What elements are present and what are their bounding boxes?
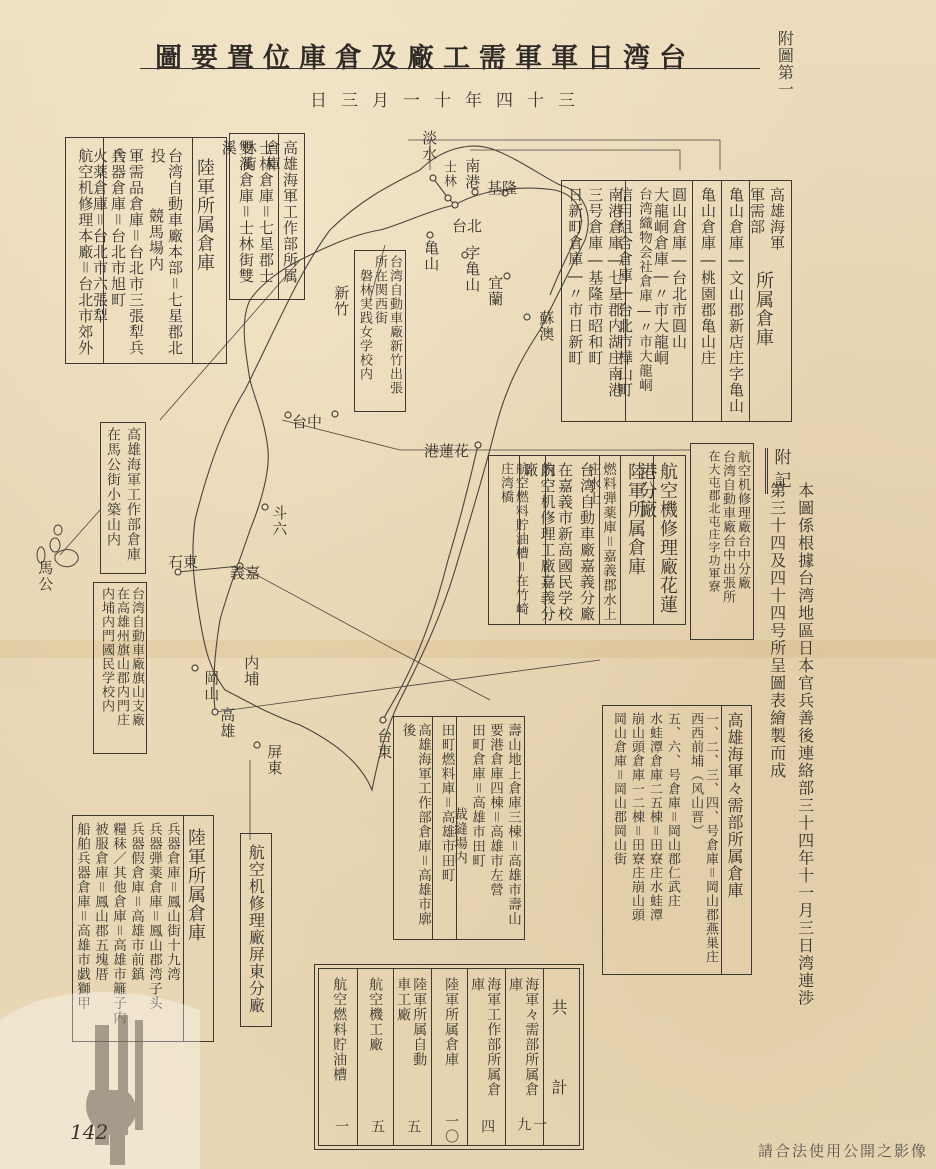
navy-north-line: 亀山倉庫―桃園郡亀山庄	[699, 187, 716, 366]
navy-north-heading: 高雄海軍	[768, 187, 785, 251]
army-taipei-line: 兵器倉庫＝台北市旭町	[109, 148, 126, 308]
totals-row-count: 一九	[515, 1117, 547, 1145]
qishan-line: 内埔内門國民学校内	[98, 587, 113, 713]
usage-watermark: 請合法使用公開之影像	[758, 1140, 928, 1161]
place-nangang: 南港	[463, 158, 480, 190]
box-navy-supply-north: 高雄海軍 軍需部 所属倉庫 亀山倉庫―文山郡新店庄字亀山 亀山倉庫―桃園郡亀山庄…	[561, 180, 792, 422]
box-hualien-chiayi: 航空機修理廠花蓮港分廠 陸軍所属倉庫 燃料弾薬庫＝嘉義郡水上庄水上 台湾自動車廠…	[488, 455, 686, 625]
totals-row-count: 一〇	[443, 1114, 459, 1144]
navy-south-heading: 高雄海軍々需部所属倉庫	[725, 712, 743, 899]
note-line-2: 第三十四及四十四号所呈圖表繪製而成	[768, 482, 786, 780]
box-navy-shilin: 高雄海軍工作部所属倉庫 士林倉庫＝七星郡士林街 雙溪倉庫＝士林街雙溪	[229, 133, 305, 300]
hualien-chiayi-line: 台湾自動車廠嘉義分廠	[578, 462, 595, 622]
totals-row-count: 四	[479, 1119, 495, 1134]
hualien-chiayi-line: 航空燃料貯油槽＝在竹崎庄湾橋	[497, 462, 527, 624]
place-tamsui: 淡水	[420, 130, 437, 162]
navy-north-line: 圓山倉庫―台北市圓山	[670, 187, 687, 350]
qishan-line: 在高雄州旗山郡内門庄	[113, 587, 128, 727]
box-penghu: 高雄海軍工作部倉庫 在馬公街小築山内	[100, 422, 146, 574]
totals-heading: 計	[549, 1079, 567, 1096]
box-taichung-branch: 航空机修理廠台中分廠 台湾自動車廠台中出張所 在大屯郡北屯庄字功軍寮	[690, 443, 754, 640]
navy-north-line: 大龍峒倉庫―〃市大龍峒	[652, 187, 669, 366]
totals-table: 共 計 海軍々需部所属倉庫 一九 海軍工作部所属倉庫 四 陸軍所属倉庫 一〇 陸…	[318, 968, 580, 1146]
totals-row-count: 五	[405, 1119, 421, 1134]
navy-south-line: 一、二、三、四、号倉庫＝岡山郡燕巣庄西西前埔（风山晋）	[687, 712, 717, 967]
place-aza-kameyama: 字亀山	[463, 245, 480, 293]
kaohsiung-navy-line: 高雄海軍工作部倉庫＝高雄市廓後	[398, 723, 430, 933]
handwritten-page-number: 142	[70, 1120, 108, 1144]
navy-north-line: 台湾織物会社倉庫―〃市大龍峒	[635, 187, 651, 393]
totals-row-label: 陸軍所属倉庫	[443, 977, 459, 1067]
place-hualien: 花蓮港	[424, 440, 469, 461]
totals-row-label: 海軍工作部所属倉庫	[469, 977, 501, 1107]
archive-stamp	[0, 950, 250, 1169]
totals-heading: 共	[549, 999, 567, 1016]
box-army-taipei: 陸軍所属倉庫 台湾自動車廠本部＝七星郡北投 競馬場内 軍需品倉庫＝台北市三張犁兵…	[65, 137, 227, 364]
army-taipei-line: 航空机修理本廠＝台北市郊外	[76, 148, 93, 356]
note-line-1: 本圖係根據台湾地區日本官兵善後連絡部三十四年十一月三日湾連渉	[796, 482, 814, 1007]
navy-north-line: 亀山倉庫―文山郡新店庄字亀山	[727, 187, 744, 414]
place-shilin: 士林	[440, 160, 455, 188]
army-taipei-line: 競馬場内	[147, 208, 164, 272]
place-suao: 蘇澳	[537, 310, 554, 342]
place-taichung: 台中	[292, 411, 322, 432]
navy-north-heading: 軍需部	[748, 187, 765, 235]
place-chiayi: 嘉義	[230, 562, 260, 583]
taichung-line: 在大屯郡北屯庄字功軍寮	[706, 450, 720, 593]
navy-south-line: 水蛙潭倉庫二五棟＝田寮庄水蛙潭	[646, 712, 661, 922]
place-makung: 馬公	[36, 560, 53, 592]
kaohsiung-navy-line: 田町倉庫＝高雄市田町	[468, 723, 484, 868]
place-dongshi: 東石	[168, 551, 198, 572]
place-yilan: 宜蘭	[486, 275, 503, 307]
kaohsiung-navy-line: 壽山地上倉庫三棟＝高雄市壽山	[504, 723, 520, 926]
place-neipu: 内埔	[242, 655, 259, 687]
totals-row-label: 海軍々需部所属倉庫	[507, 977, 539, 1107]
place-keelung: 基隆	[487, 177, 517, 198]
box-hsinchu-branch: 台湾自動車廠新竹出張 所在関西街 磐林実践女学校内	[354, 250, 406, 412]
army-taipei-heading: 陸軍所属倉庫	[193, 158, 214, 272]
kaohsiung-navy-line: 田町燃料庫＝高雄市田町	[438, 723, 454, 883]
taichung-line: 台湾自動車廠台中出張所	[719, 450, 734, 604]
box-navy-supply-south: 高雄海軍々需部所属倉庫 一、二、三、四、号倉庫＝岡山郡燕巣庄西西前埔（风山晋） …	[602, 705, 752, 975]
hsinchu-line: 所在関西街	[371, 255, 386, 325]
hsinchu-line: 台湾自動車廠新竹出張	[386, 255, 401, 395]
navy-south-line: 岡山倉庫＝岡山郡岡山街	[610, 712, 625, 866]
totals-row-label: 航空燃料貯油槽	[331, 977, 347, 1082]
qishan-line: 台湾自動車廠旗山支廠	[128, 587, 143, 727]
place-pingtung: 屏東	[265, 744, 282, 776]
place-taipei: 台北	[452, 215, 482, 236]
navy-north-heading: 所属倉庫	[752, 271, 773, 347]
hualien-chiayi-line: 陸軍所属倉庫	[624, 462, 645, 576]
navy-shilin-line: 雙溪倉庫＝士林街雙溪	[220, 140, 255, 299]
place-kameyama: 亀山	[422, 240, 439, 272]
taichung-line: 航空机修理廠台中分廠	[734, 450, 749, 590]
place-hsinchu: 新竹	[332, 285, 349, 317]
place-kaohsiung: 高雄	[218, 707, 235, 739]
army-kaohsiung-heading: 陸軍所属倉庫	[184, 828, 205, 942]
box-kaohsiung-navy: 壽山地上倉庫三棟＝高雄市壽山 要港倉庫四棟＝高雄市左營 田町倉庫＝高雄市田町 裁…	[393, 716, 525, 940]
hsinchu-line: 磐林実践女学校内	[356, 269, 371, 381]
box-qishan-branch: 台湾自動車廠旗山支廠 在高雄州旗山郡内門庄 内埔内門國民学校内	[93, 582, 147, 754]
penghu-line: 高雄海軍工作部倉庫	[125, 427, 141, 562]
totals-row-count: 五	[369, 1119, 385, 1134]
penghu-line: 在馬公街小築山内	[105, 427, 121, 547]
place-douliu: 斗六	[270, 505, 287, 537]
kaohsiung-navy-line: 要港倉庫四棟＝高雄市左營	[486, 723, 502, 897]
navy-north-line: 南港倉庫―七星郡内湖庄南港	[606, 187, 623, 398]
totals-row-label: 航空機工廠	[367, 977, 383, 1052]
place-taitung: 台東	[375, 728, 392, 760]
navy-south-line: 五、六、号倉庫＝岡山郡仁武庄	[664, 712, 679, 908]
totals-row-count: 一	[333, 1119, 349, 1134]
place-okayama: 岡山	[202, 670, 219, 702]
navy-south-line: 崩山頭倉庫一二棟＝田寮庄崩山頭	[628, 712, 643, 922]
totals-row-label: 陸軍所属自動車工廠	[395, 977, 427, 1077]
